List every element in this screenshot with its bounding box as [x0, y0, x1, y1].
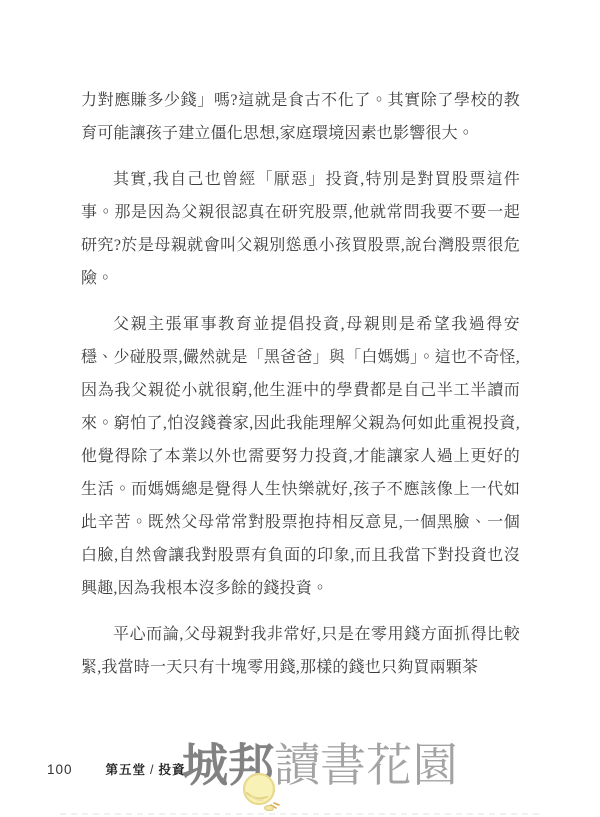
paragraph: 平心而論,父母親對我非常好,只是在零用錢方面抓得比較緊,我當時一天只有十塊零用錢…: [81, 618, 520, 684]
scan-noise-line: [60, 813, 540, 815]
paragraph-continuation: 力對應賺多少錢」嗎?這就是食古不化了。其實除了學校的教育可能讓孩子建立僵化思想,…: [81, 84, 520, 150]
page-number: 100: [47, 762, 73, 777]
chapter-heading: 第五堂 / 投資: [106, 760, 186, 778]
book-page: 力對應賺多少錢」嗎?這就是食古不化了。其實除了學校的教育可能讓孩子建立僵化思想,…: [0, 0, 600, 817]
chapter-label: 第五堂: [106, 760, 147, 778]
body-text-block: 力對應賺多少錢」嗎?這就是食古不化了。其實除了學校的教育可能讓孩子建立僵化思想,…: [81, 84, 520, 697]
chapter-separator: /: [150, 763, 154, 777]
page-footer: 100 第五堂 / 投資: [47, 760, 186, 778]
publisher-watermark: 城邦讀書花園: [182, 738, 458, 793]
chick-mascot-icon: [238, 770, 288, 816]
paragraph: 父親主張軍事教育並提倡投資,母親則是希望我過得安穩、少碰股票,儼然就是「黑爸爸」…: [81, 308, 520, 605]
watermark-brand-rest: 讀書花園: [274, 739, 458, 791]
paragraph: 其實,我自己也曾經「厭惡」投資,特別是對買股票這件事。那是因為父親很認真在研究股…: [81, 163, 520, 295]
